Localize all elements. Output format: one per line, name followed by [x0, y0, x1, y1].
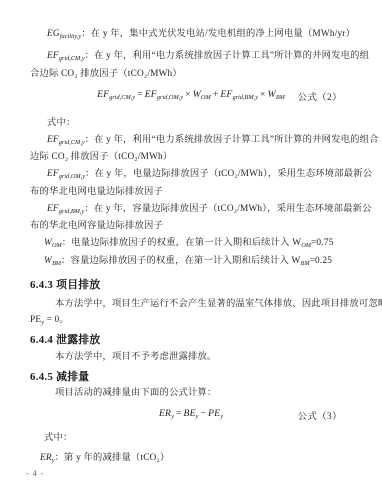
w-om-value: =0.75: [311, 238, 334, 248]
where-clause-2: 式中：: [44, 432, 73, 444]
math-term-pe: PEy: [30, 315, 44, 325]
definition-text: ：在 y 年，容量边际排放因子（tCO₂/MWh），采用生态环境部最新公: [84, 204, 371, 214]
math-term-ef-bm: EFgrid,BM,y: [47, 204, 84, 214]
times-sign: ×: [183, 89, 193, 100]
minus-sign: −: [198, 408, 208, 419]
times-sign: ×: [258, 89, 268, 100]
definition-w-om: WOM：电量边际排放因子的权重，在第一计入期和后续计入 WOM=0.75: [44, 237, 334, 252]
formula-2-expression: EFgrid,CM,y=EFgrid,OM,y×WOM+EFgrid,BM,y×…: [97, 89, 285, 100]
definition-ef-cm-line2: 合边际 CO₂ 排放因子（tCO₂/MWh）: [30, 68, 182, 80]
math-term-er: ERy: [40, 453, 55, 463]
section-heading-643: 6.4.3 项目排放: [30, 277, 100, 292]
math-term-ef-cm: EFgrid,CM,y: [47, 135, 85, 145]
w-bm-value: =0.25: [310, 256, 333, 266]
document-page: EGfacility,y：在 y 年，集中式光伏发电站/发电机组的净上网电量（M…: [0, 0, 382, 503]
definition-eg-facility: EGfacility,y：在 y 年，集中式光伏发电站/发电机组的净上网电量（M…: [47, 28, 355, 43]
page-number: - 4 -: [26, 469, 44, 478]
definition-text: ：在 y 年，电量边际排放因子（tCO₂/MWh），采用生态环境部最新公: [85, 169, 372, 179]
math-term-ef-om: EFgrid,OM,y: [145, 89, 183, 100]
definition-ef-om-line2: 布的华北电网电量边际排放因子: [30, 186, 163, 198]
definition-er: ERy：第 y 年的减排量（tCO₂）: [40, 452, 169, 467]
definition-text: ：在 y 年，利用“电力系统排放因子计算工具”所计算的并网发电的组合: [85, 135, 379, 145]
math-term-ef-cm: EFgrid,CM,y: [97, 89, 135, 100]
section-heading-644: 6.4.4 泄露排放: [30, 332, 100, 347]
paragraph-643-line2: PEy = 0。: [30, 314, 69, 329]
definition-text: 边际 CO₂ 排放因子（tCO₂/MWh）: [30, 152, 172, 162]
definition-ef-bm-line1: EFgrid,BM,y：在 y 年，容量边际排放因子（tCO₂/MWh），采用生…: [47, 203, 372, 218]
math-term-ef-cm: EFgrid,CM,y: [47, 51, 85, 61]
definition-text: ：电量边际排放因子的权重，在第一计入期和后续计入: [62, 238, 292, 248]
equals-sign: =: [135, 89, 145, 100]
math-term-eg-facility: EGfacility,y: [47, 29, 81, 39]
math-term-er: ERy: [159, 408, 174, 419]
where-text: 式中：: [47, 118, 76, 128]
paragraph-644: 本方法学中，项目不予考虑泄露排放。: [55, 351, 216, 363]
paragraph-643-line1: 本方法学中，项目生产运行不会产生显著的温室气体排放，因此项目排放可忽略，: [55, 298, 382, 310]
formula-3-expression: ERy=BEy−PEy: [159, 408, 223, 419]
paragraph-text: 项目活动的减排量由下面的公式计算：: [55, 388, 216, 398]
definition-text: 布的华北电网容量边际排放因子: [30, 221, 163, 231]
plus-sign: +: [211, 89, 221, 100]
paragraph-645: 项目活动的减排量由下面的公式计算：: [55, 387, 216, 399]
definition-text: ：在 y 年，集中式光伏发电站/发电机组的净上网电量（MWh/yr）: [81, 29, 355, 39]
math-term-w-om: WOM: [44, 238, 62, 248]
definition-ef-cm2-line1: EFgrid,CM,y：在 y 年，利用“电力系统排放因子计算工具”所计算的并网…: [47, 134, 379, 149]
formula-3: ERy=BEy−PEy 公式（3）: [30, 408, 352, 420]
math-term-ef-om: EFgrid,OM,y: [47, 169, 85, 179]
pe-value: = 0。: [44, 315, 69, 325]
definition-w-bm: WBM：容量边际排放因子的权重，在第一计入期和后续计入 WBM=0.25: [44, 255, 332, 270]
math-term-be: BEy: [184, 408, 199, 419]
math-term-w-bm-inline: WBM: [292, 256, 310, 266]
where-text: 式中：: [44, 433, 73, 443]
math-term-ef-bm: EFgrid,BM,y: [220, 89, 258, 100]
definition-text: 合边际 CO₂ 排放因子（tCO₂/MWh）: [30, 69, 182, 79]
definition-text: ：在 y 年，利用“电力系统排放因子计算工具”所计算的并网发电的组: [85, 51, 369, 61]
math-term-w-om: WOM: [193, 89, 211, 100]
formula-3-label: 公式（3）: [298, 408, 342, 422]
definition-ef-cm2-line2: 边际 CO₂ 排放因子（tCO₂/MWh）: [30, 151, 172, 163]
section-heading-645: 6.4.5 减排量: [30, 369, 89, 384]
equals-sign: =: [174, 408, 184, 419]
where-clause-1: 式中：: [47, 117, 76, 129]
definition-text: ：容量边际排放因子的权重，在第一计入期和后续计入: [61, 256, 291, 266]
math-term-w-bm: WBM: [44, 256, 61, 266]
definition-ef-cm-line1: EFgrid,CM,y：在 y 年，利用“电力系统排放因子计算工具”所计算的并网…: [47, 50, 369, 65]
definition-ef-om-line1: EFgrid,OM,y：在 y 年，电量边际排放因子（tCO₂/MWh），采用生…: [47, 168, 372, 183]
formula-2: EFgrid,CM,y=EFgrid,OM,y×WOM+EFgrid,BM,y×…: [30, 89, 352, 101]
math-term-w-bm: WBM: [268, 89, 285, 100]
paragraph-text: 本方法学中，项目生产运行不会产生显著的温室气体排放，因此项目排放可忽略，: [55, 299, 382, 309]
definition-text: 布的华北电网电量边际排放因子: [30, 187, 163, 197]
math-term-pe: PEy: [208, 408, 223, 419]
paragraph-text: 本方法学中，项目不予考虑泄露排放。: [55, 352, 216, 362]
math-term-w-om-inline: WOM: [292, 238, 311, 248]
formula-2-label: 公式（2）: [298, 89, 342, 103]
definition-ef-bm-line2: 布的华北电网容量边际排放因子: [30, 220, 163, 232]
definition-text: ：第 y 年的减排量（tCO₂）: [55, 453, 170, 463]
